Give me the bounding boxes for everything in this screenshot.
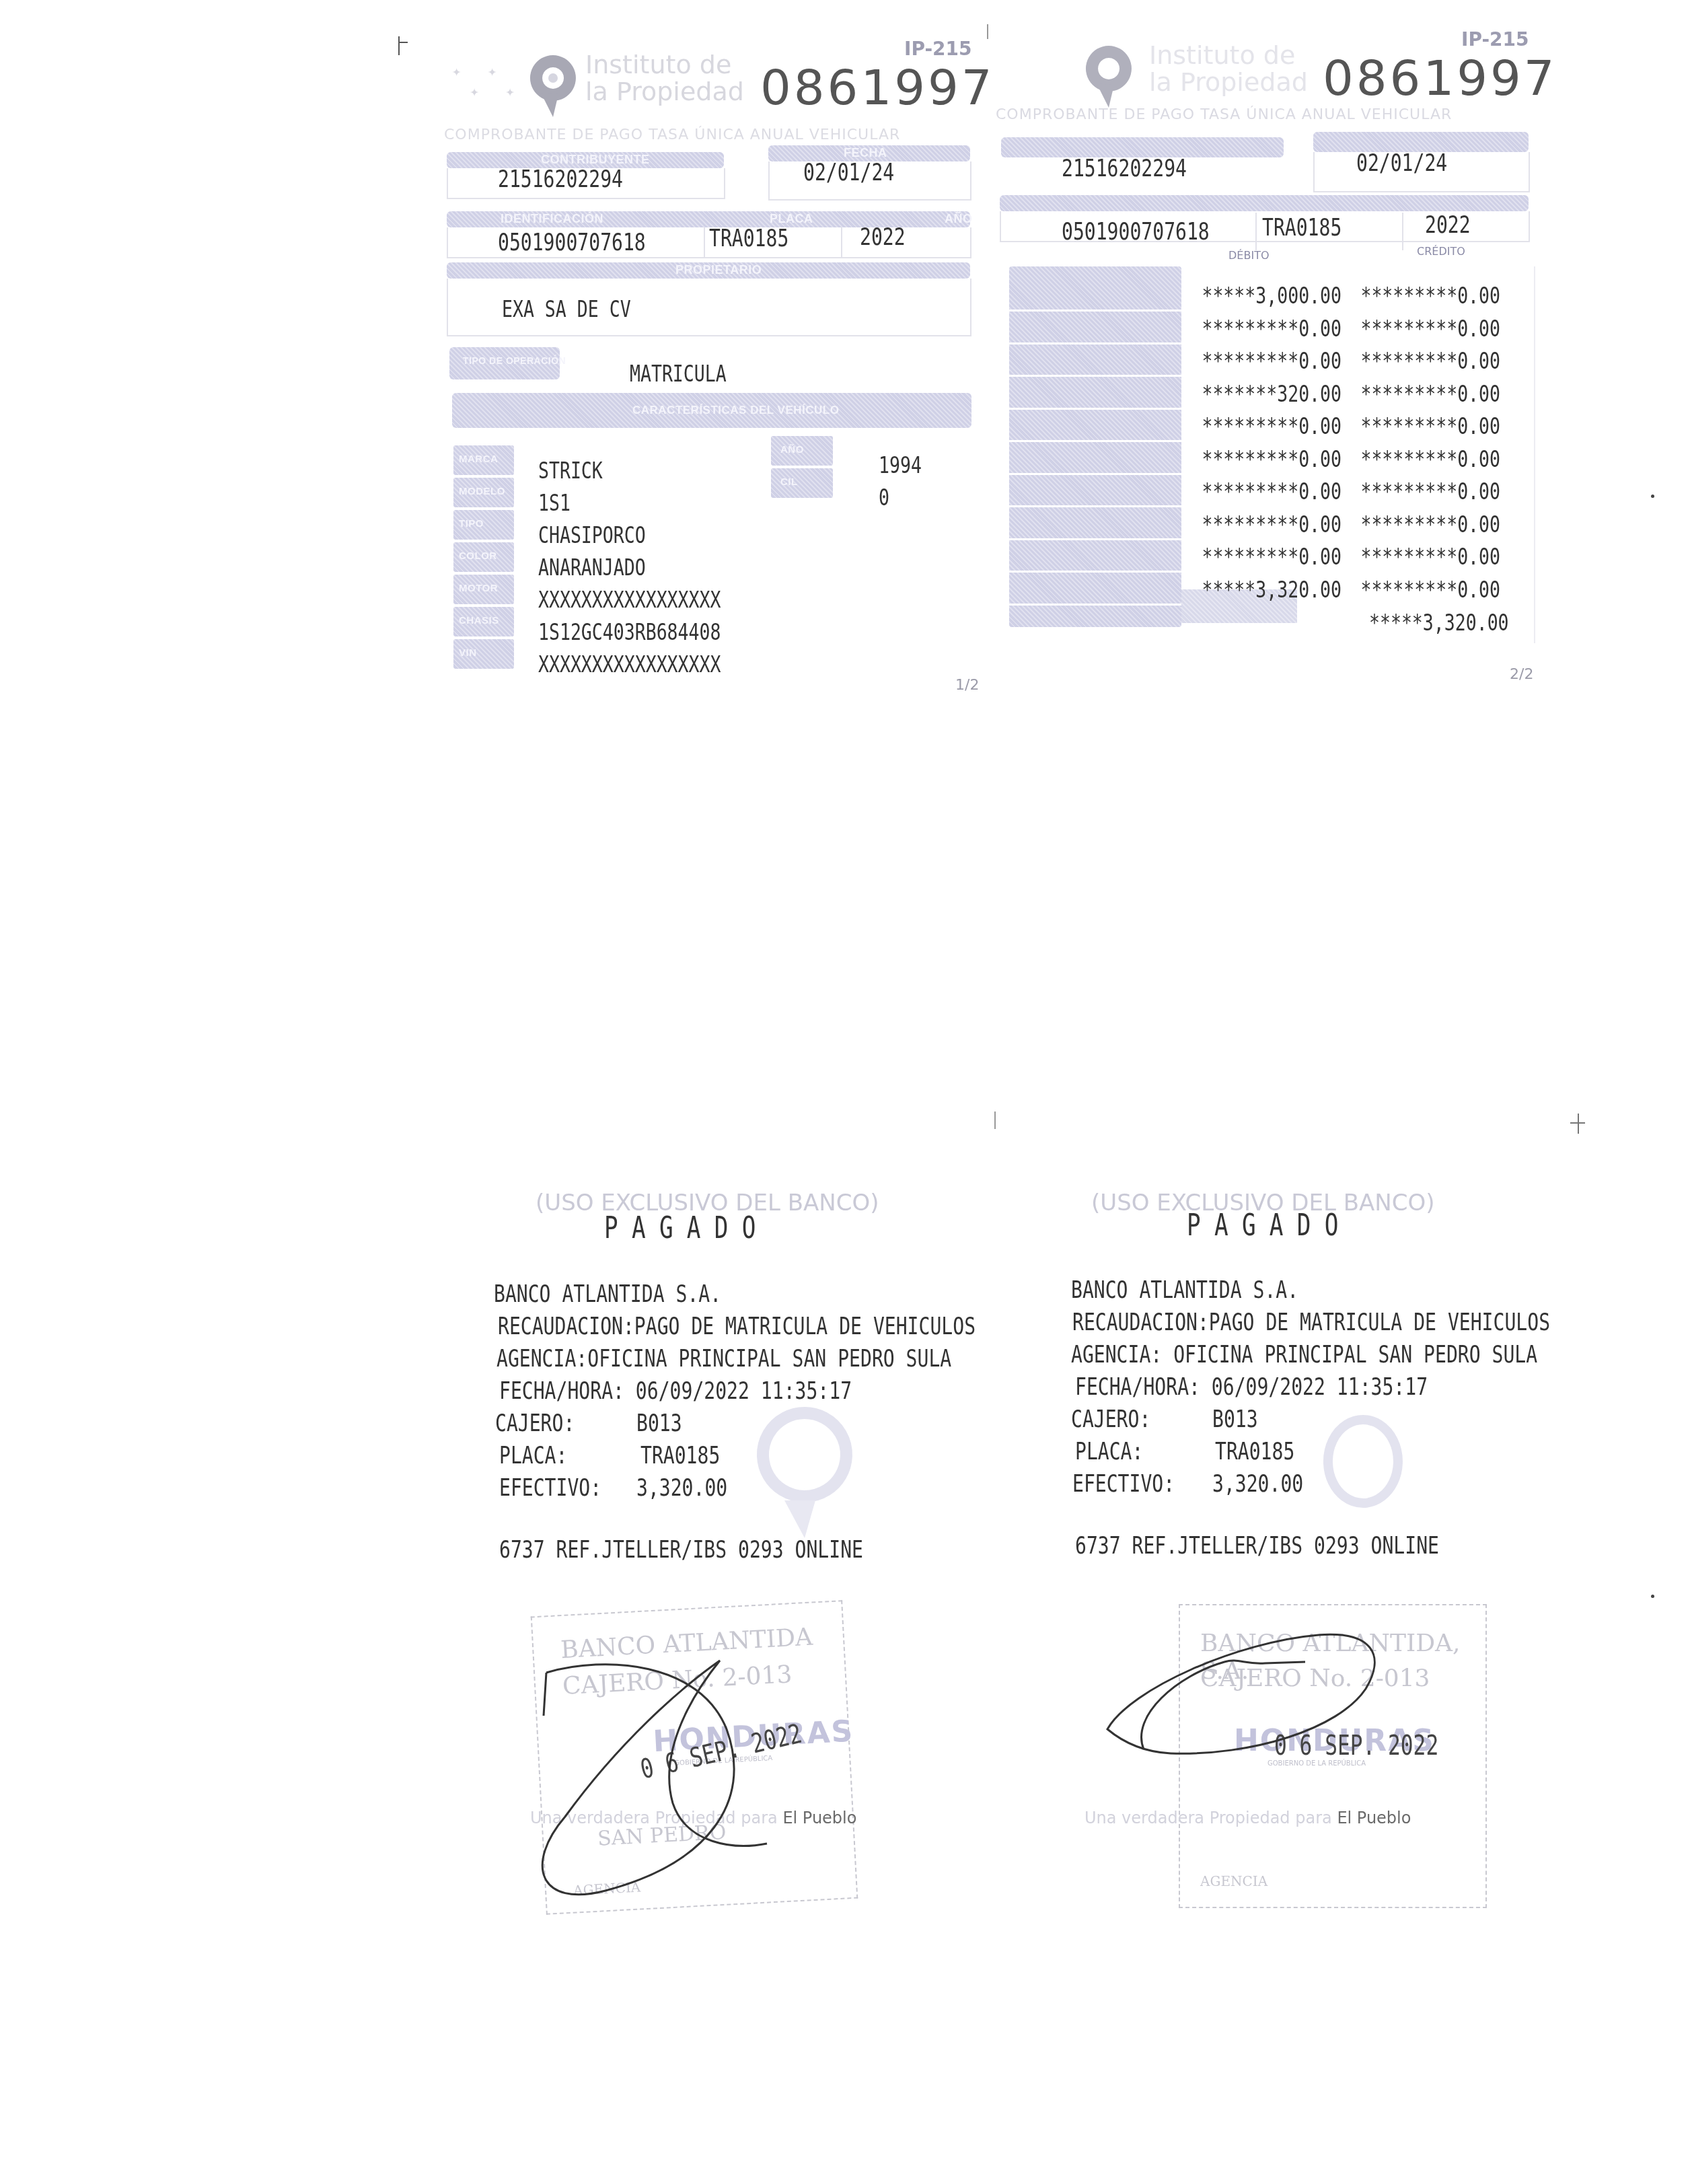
crop-mark xyxy=(994,1112,996,1129)
owner-label: PROPIETARIO xyxy=(675,263,762,277)
field-divider xyxy=(1402,213,1403,250)
plate-value: TRA0185 xyxy=(640,1440,720,1472)
payment-status: PAGADO xyxy=(604,1211,770,1245)
institute-name-line2: la Propiedad xyxy=(585,78,744,105)
identification-label: IDENTIFICACIÓN xyxy=(501,212,603,226)
debit-column-label: DÉBITO xyxy=(1228,249,1270,262)
scan-dot xyxy=(1651,495,1654,498)
credit-amount: *********0.00 xyxy=(1348,381,1500,408)
taxpayer-number: 21516202294 xyxy=(498,166,623,193)
payment-date: 02/01/24 xyxy=(1356,149,1447,177)
transaction-reference: 6737 REF.JTELLER/IBS 0293 ONLINE xyxy=(499,1534,976,1566)
credit-column-label: CRÉDITO xyxy=(1417,245,1465,258)
cashier-label: CAJERO: xyxy=(1071,1404,1150,1436)
transaction-reference: 6737 REF.JTELLER/IBS 0293 ONLINE xyxy=(1075,1530,1551,1562)
scan-dot xyxy=(1651,1595,1654,1598)
operation-type-label: TIPO DE OPERACIÓN xyxy=(463,355,566,366)
date-time: FECHA/HORA: 06/09/2022 11:35:17 xyxy=(1075,1371,1551,1404)
vehicle-label-text: CHASIS xyxy=(459,615,499,626)
tax-year: 2022 xyxy=(1425,211,1471,239)
vehicle-label-text: MOTOR xyxy=(459,583,498,594)
concept-row-divider xyxy=(1009,310,1181,312)
vehicle-label-text: TIPO xyxy=(459,518,484,530)
form-code: IP-215 xyxy=(904,38,972,60)
plate-label: PLACA: xyxy=(1075,1436,1143,1468)
form-title: COMPROBANTE DE PAGO TASA ÚNICA ANUAL VEH… xyxy=(996,106,1452,123)
cash-amount: 3,320.00 xyxy=(636,1472,727,1504)
crop-mark xyxy=(398,36,400,55)
field-divider xyxy=(841,227,842,257)
credit-amount: *********0.00 xyxy=(1348,283,1500,310)
form-code: IP-215 xyxy=(1461,28,1529,50)
agency: AGENCIA:OFICINA PRINCIPAL SAN PEDRO SULA xyxy=(497,1343,976,1375)
cashier-label: CAJERO: xyxy=(495,1408,575,1440)
page-number: 1/2 xyxy=(955,677,979,694)
institute-slogan: Una verdadera Propiedad para El Pueblo xyxy=(1085,1809,1411,1827)
owner-name: EXA SA DE CV xyxy=(502,296,631,323)
institute-name-line1: Instituto de xyxy=(585,51,744,78)
slogan-dark-text: El Pueblo xyxy=(1337,1809,1411,1827)
page-number: 2/2 xyxy=(1510,666,1533,683)
plate-number: TRA0185 xyxy=(709,225,788,252)
operation-type-bar: TIPO DE OPERACIÓN xyxy=(449,347,560,379)
crop-mark xyxy=(398,42,408,43)
credit-amount: *********0.00 xyxy=(1348,478,1500,505)
vehicle-side-label-1: CIL xyxy=(771,468,833,498)
taxpayer-number: 21516202294 xyxy=(1062,155,1187,182)
vehicle-label-color: COLOR xyxy=(453,542,514,572)
credit-amount: *********0.00 xyxy=(1348,446,1500,473)
institute-name: Instituto de la Propiedad xyxy=(1149,42,1308,96)
cashier-id: B013 xyxy=(1212,1404,1258,1436)
vehicle-value: CHASIPORCO xyxy=(538,522,646,549)
folio-number: 0861997 xyxy=(760,59,995,116)
vehicle-characteristics-label: CARACTERÍSTICAS DEL VEHÍCULO xyxy=(632,404,839,417)
vehicle-side-label-0: AÑO xyxy=(771,436,833,466)
slogan-light-text: Una verdadera Propiedad para xyxy=(1085,1809,1332,1827)
operation-type: MATRICULA xyxy=(630,361,727,388)
watermark-logo-icon xyxy=(1316,1413,1410,1534)
institute-name-line2: la Propiedad xyxy=(1149,69,1308,96)
vehicle-value: 1S1 xyxy=(538,490,571,517)
signature-icon xyxy=(1103,1615,1413,1790)
watermark-logo-icon xyxy=(751,1406,858,1541)
credit-amount: *********0.00 xyxy=(1348,348,1500,375)
vehicle-label-motor: MOTOR xyxy=(453,575,514,604)
payment-status: PAGADO xyxy=(1187,1208,1352,1243)
date-time: FECHA/HORA: 06/09/2022 11:35:17 xyxy=(499,1375,976,1408)
credit-amount: *********0.00 xyxy=(1348,316,1500,342)
payment-date: 02/01/24 xyxy=(803,159,894,186)
grand-total: *****3,320.00 xyxy=(1369,610,1500,636)
institute-logo-icon xyxy=(1082,43,1136,110)
debit-amount: *********0.00 xyxy=(1187,478,1342,505)
cash-label: EFECTIVO: xyxy=(499,1472,601,1504)
field-divider xyxy=(1255,213,1257,250)
bank-name: BANCO ATLANTIDA S.A. xyxy=(494,1278,975,1311)
concept-row-divider xyxy=(1009,408,1181,410)
debit-amount: *********0.00 xyxy=(1187,348,1342,375)
credit-amount: *********0.00 xyxy=(1348,413,1500,440)
debit-amount: *********0.00 xyxy=(1187,446,1342,473)
concept-row-divider xyxy=(1009,538,1181,540)
collection-type: RECAUDACION:PAGO DE MATRICULA DE VEHICUL… xyxy=(1072,1307,1550,1339)
signature-icon xyxy=(525,1642,848,1924)
date-label: FECHA xyxy=(844,146,887,160)
plate-number: TRA0185 xyxy=(1262,214,1342,242)
debit-amount: *********0.00 xyxy=(1187,544,1342,571)
debit-amount: *****3,320.00 xyxy=(1187,577,1342,604)
cash-label: EFECTIVO: xyxy=(1072,1468,1175,1500)
cash-amount: 3,320.00 xyxy=(1212,1468,1303,1500)
institute-name-line1: Instituto de xyxy=(1149,42,1308,69)
taxpayer-label: CONTRIBUYENTE xyxy=(541,153,650,167)
credit-amount: *********0.00 xyxy=(1348,511,1500,538)
stars-decoration: ✦ ✦ ✦ ✦ xyxy=(452,62,526,109)
vehicle-value: XXXXXXXXXXXXXXXXX xyxy=(538,587,721,614)
concept-row-divider xyxy=(1009,604,1181,606)
year-label: AÑO xyxy=(945,212,973,226)
concept-row-divider xyxy=(1009,473,1181,475)
plate-label: PLACA: xyxy=(499,1440,567,1472)
collection-type: RECAUDACION:PAGO DE MATRICULA DE VEHICUL… xyxy=(498,1311,976,1343)
vehicle-side-value: 1994 xyxy=(879,452,922,479)
credit-amount: *********0.00 xyxy=(1348,544,1500,571)
concept-row-divider xyxy=(1009,571,1181,573)
plate-label: PLACA xyxy=(770,212,813,226)
debit-amount: *****3,000.00 xyxy=(1187,283,1342,310)
cashier-id: B013 xyxy=(636,1408,682,1440)
institute-logo-icon xyxy=(526,52,580,120)
debit-amount: *********0.00 xyxy=(1187,511,1342,538)
vehicle-label-modelo: MODELO xyxy=(453,478,514,507)
identification-header-bar xyxy=(1000,195,1529,211)
identification-number: 0501900707618 xyxy=(1062,218,1210,246)
plate-value: TRA0185 xyxy=(1215,1436,1294,1468)
vehicle-label-text: COLOR xyxy=(459,550,497,562)
vehicle-label-marca: MARCA xyxy=(453,445,514,475)
vehicle-value: ANARANJADO xyxy=(538,554,646,581)
vehicle-side-label-text: AÑO xyxy=(780,444,804,456)
vehicle-value: STRICK xyxy=(538,458,603,484)
debit-amount: *******320.00 xyxy=(1187,381,1342,408)
concept-row-divider xyxy=(1009,440,1181,442)
amounts-border xyxy=(1534,266,1535,643)
institute-name: Instituto de la Propiedad xyxy=(585,51,744,105)
vehicle-label-tipo: TIPO xyxy=(453,510,514,540)
crop-mark xyxy=(1570,1122,1585,1124)
concepts-label-column xyxy=(1009,266,1181,627)
vehicle-value: 1S12GC403RB684408 xyxy=(538,619,721,646)
stamp-agency-line: AGENCIA xyxy=(1200,1873,1267,1889)
vehicle-header-bar: CARACTERÍSTICAS DEL VEHÍCULO xyxy=(452,393,971,428)
vehicle-label-text: VIN xyxy=(459,647,477,659)
credit-amount: *********0.00 xyxy=(1348,577,1500,604)
vehicle-side-value: 0 xyxy=(879,484,889,511)
concept-row-divider xyxy=(1009,505,1181,507)
tax-year: 2022 xyxy=(860,223,906,251)
vehicle-label-text: MARCA xyxy=(459,453,498,465)
field-divider xyxy=(704,227,705,257)
crop-mark xyxy=(987,24,988,39)
bank-name: BANCO ATLANTIDA S.A. xyxy=(1071,1274,1550,1307)
concept-row-divider xyxy=(1009,375,1181,377)
vehicle-label-text: MODELO xyxy=(459,486,505,497)
form-title: COMPROBANTE DE PAGO TASA ÚNICA ANUAL VEH… xyxy=(444,126,900,143)
concept-row-divider xyxy=(1009,342,1181,344)
debit-amount: *********0.00 xyxy=(1187,316,1342,342)
vehicle-label-vin: VIN xyxy=(453,639,514,669)
identification-number: 0501900707618 xyxy=(498,229,646,256)
vehicle-value: XXXXXXXXXXXXXXXXX xyxy=(538,651,721,678)
folio-number: 0861997 xyxy=(1323,50,1557,106)
owner-header-bar: PROPIETARIO xyxy=(447,262,970,279)
vehicle-label-chasis: CHASIS xyxy=(453,607,514,636)
vehicle-side-label-text: CIL xyxy=(780,476,798,488)
agency: AGENCIA: OFICINA PRINCIPAL SAN PEDRO SUL… xyxy=(1071,1339,1550,1371)
debit-amount: *********0.00 xyxy=(1187,413,1342,440)
crop-mark xyxy=(1578,1114,1579,1134)
